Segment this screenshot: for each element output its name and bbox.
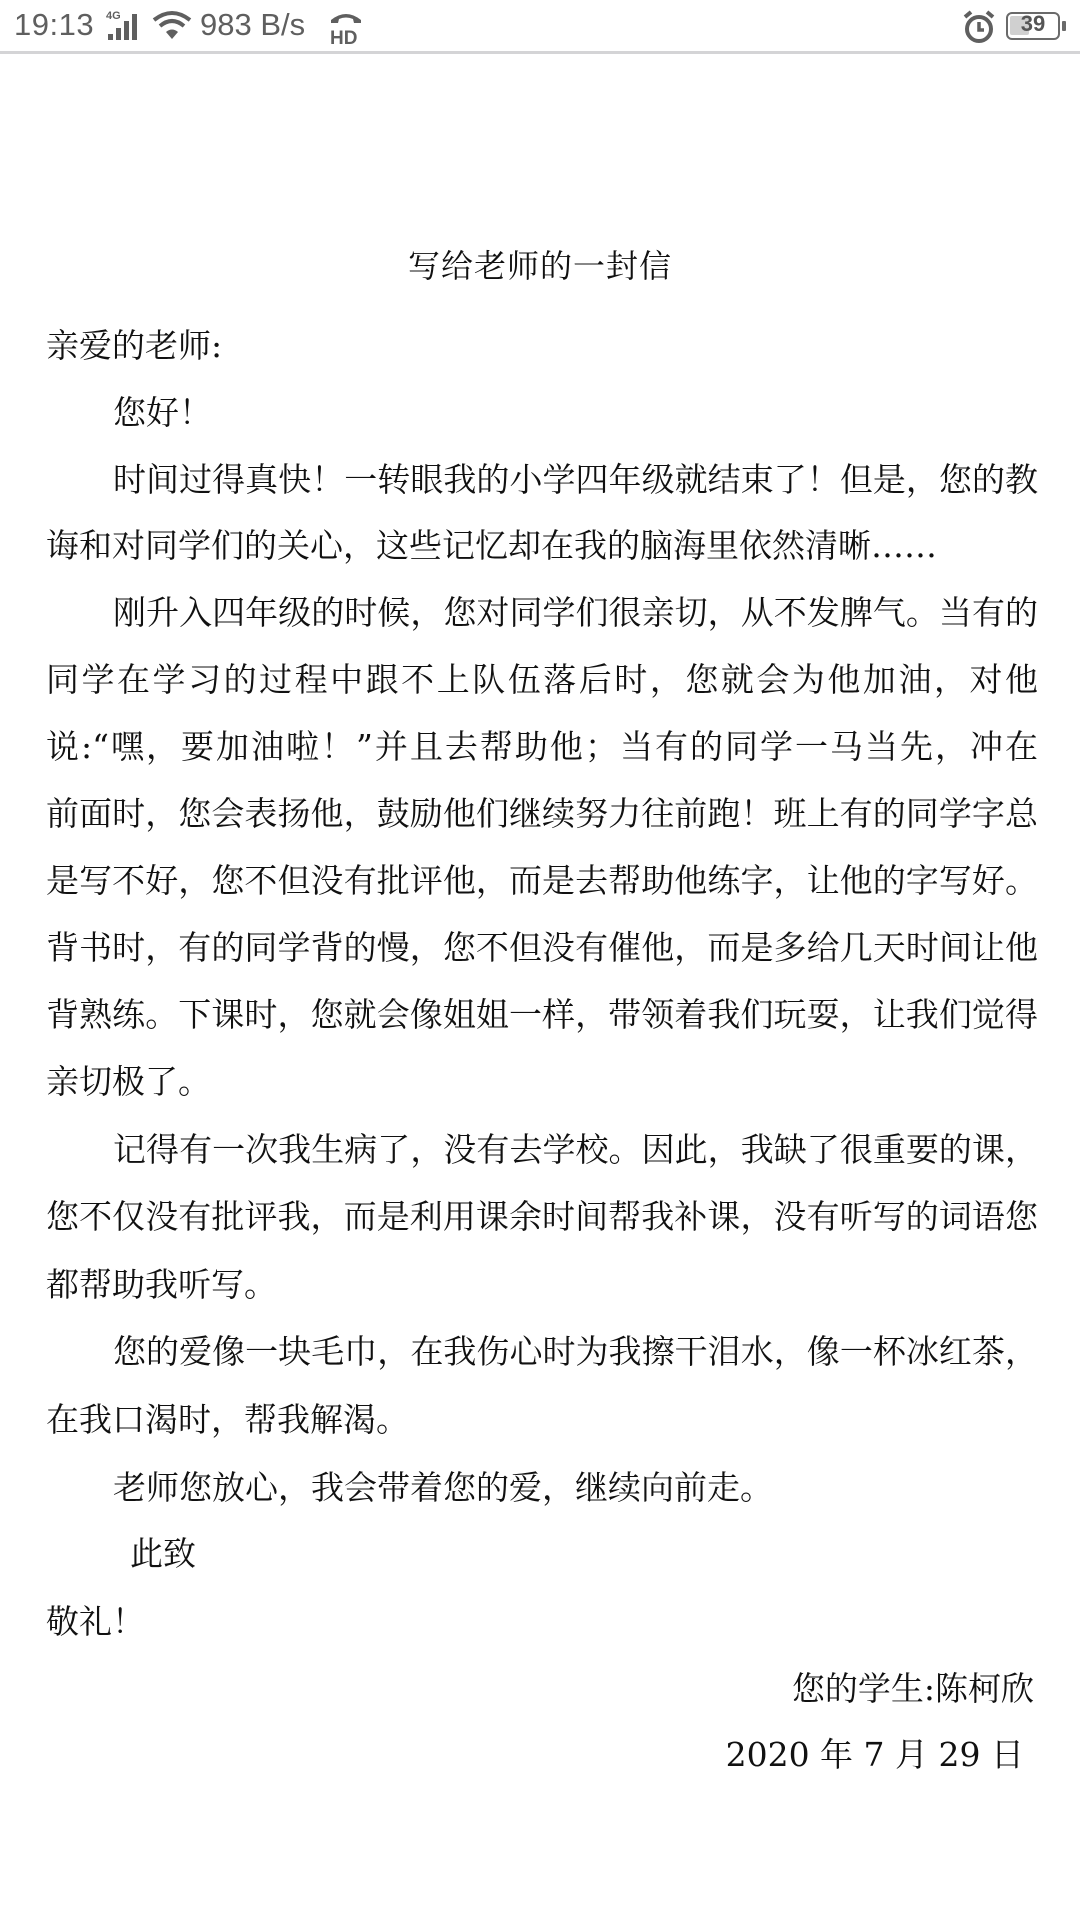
letter-title: 写给老师的一封信 [0,244,1080,288]
status-bar: 19:13 4G 983 B/s HD 39 [0,0,1080,54]
paragraph-line: 诲和对同学们的关心，这些记忆却在我的脑海里依然清晰…… [46,524,937,568]
paragraph-line: 亲切极了。 [46,1060,211,1104]
paragraph-line: 背书时，有的同学背的慢，您不但没有催他，而是多给几天时间让他 [46,926,1038,970]
paragraph-line: 都帮助我听写。 [46,1263,277,1307]
paragraph-line: 是写不好，您不但没有批评他，而是去帮助他练字，让他的字写好。 [46,859,1038,903]
battery-icon: 39 [1006,12,1060,40]
paragraph-line: 您的爱像一块毛巾，在我伤心时为我擦干泪水，像一杯冰红茶， [113,1330,1038,1374]
paragraph-line: 刚升入四年级的时候，您对同学们很亲切，从不发脾气。当有的 [113,591,1038,635]
battery-tip [1062,21,1066,31]
paragraph-line: 您不仅没有批评我，而是利用课余时间帮我补课，没有听写的词语您 [46,1195,1038,1239]
paragraph-line: 老师您放心，我会带着您的爱，继续向前走。 [113,1466,773,1510]
paragraph-line: 时间过得真快！一转眼我的小学四年级就结束了！但是，您的教 [113,458,1038,502]
signal-4g-icon: 4G [106,8,146,49]
svg-text:HD: HD [330,28,357,46]
signature: 您的学生:陈柯欣 [792,1667,1034,1711]
paragraph-line: 记得有一次我生病了，没有去学校。因此，我缺了很重要的课， [113,1128,1038,1172]
greeting: 您好！ [113,391,212,435]
svg-text:4G: 4G [106,10,121,22]
wifi-icon [152,10,192,47]
status-time: 19:13 [14,7,94,43]
closing-jingli: 敬礼！ [46,1600,145,1644]
paragraph-line: 前面时，您会表扬他，鼓励他们继续努力往前跑！班上有的同学字总 [46,792,1038,836]
closing-cizhi: 此致 [130,1532,196,1576]
letter-date: 2020 年 7 月 29 日 [726,1733,1024,1777]
paragraph-line: 同学在学习的过程中跟不上队伍落后时，您就会为他加油，对他 [46,658,1038,702]
hd-call-icon: HD [328,8,364,51]
network-speed: 983 B/s [200,7,305,43]
alarm-icon [962,9,996,50]
paragraph-line: 背熟练。下课时，您就会像姐姐一样，带领着我们玩耍，让我们觉得 [46,993,1038,1037]
battery-level: 39 [1008,12,1058,37]
paragraph-line: 说:“嘿，要加油啦！”并且去帮助他；当有的同学一马当先，冲在 [46,725,1038,769]
paragraph-line: 在我口渴时，帮我解渴。 [46,1398,409,1442]
salutation: 亲爱的老师: [46,324,222,368]
